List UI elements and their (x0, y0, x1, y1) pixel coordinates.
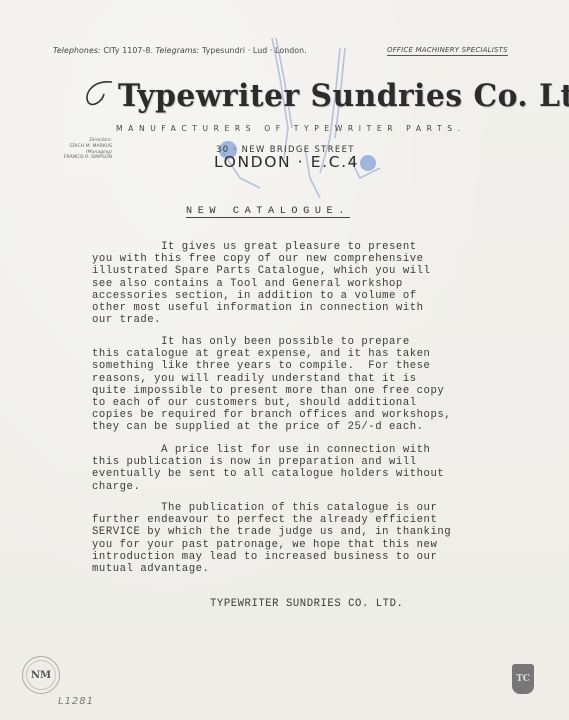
company-name: Typewriter Sundries Co. Ltd. (118, 78, 569, 114)
telegrams-value: Typesundri · Lud · London. (202, 46, 307, 55)
seal-monogram: NM (31, 670, 51, 681)
telegrams-label: Telegrams: (156, 46, 200, 55)
crest-icon: TC (512, 664, 534, 694)
specialists-tagline: OFFICE MACHINERY SPECIALISTS (387, 46, 508, 56)
archive-seal-icon: NM (22, 656, 60, 694)
paragraph: The publication of this catalogue is our… (92, 502, 451, 575)
pen-nib-illustration (180, 38, 390, 203)
telephones-label: Telephones: (53, 46, 101, 55)
letter-heading: NEW CATALOGUE. (186, 206, 350, 218)
paragraph: It gives us great pleasure to present yo… (92, 241, 430, 326)
crest-monogram: TC (516, 674, 530, 684)
telephone-line: Telephones: CITy 1107-8. Telegrams: Type… (53, 46, 307, 55)
signoff: TYPEWRITER SUNDRIES CO. LTD. (210, 598, 403, 610)
paragraph: It has only been possible to prepare thi… (92, 336, 451, 434)
letter-page: Telephones: CITy 1107-8. Telegrams: Type… (0, 0, 569, 720)
accession-number: L1281 (58, 696, 94, 707)
address-city: LONDON · E.C.4 (214, 153, 359, 171)
telephones-value: CITy 1107-8. (103, 46, 153, 55)
company-subtitle: MANUFACTURERS OF TYPEWRITER PARTS. (116, 124, 466, 133)
director-name: FRANCIS R. SIMPSON (52, 155, 112, 161)
directors-block: Directors: ERICH M. MARKUS (Managing) FR… (52, 138, 112, 161)
paragraph: A price list for use in connection with … (92, 444, 444, 493)
